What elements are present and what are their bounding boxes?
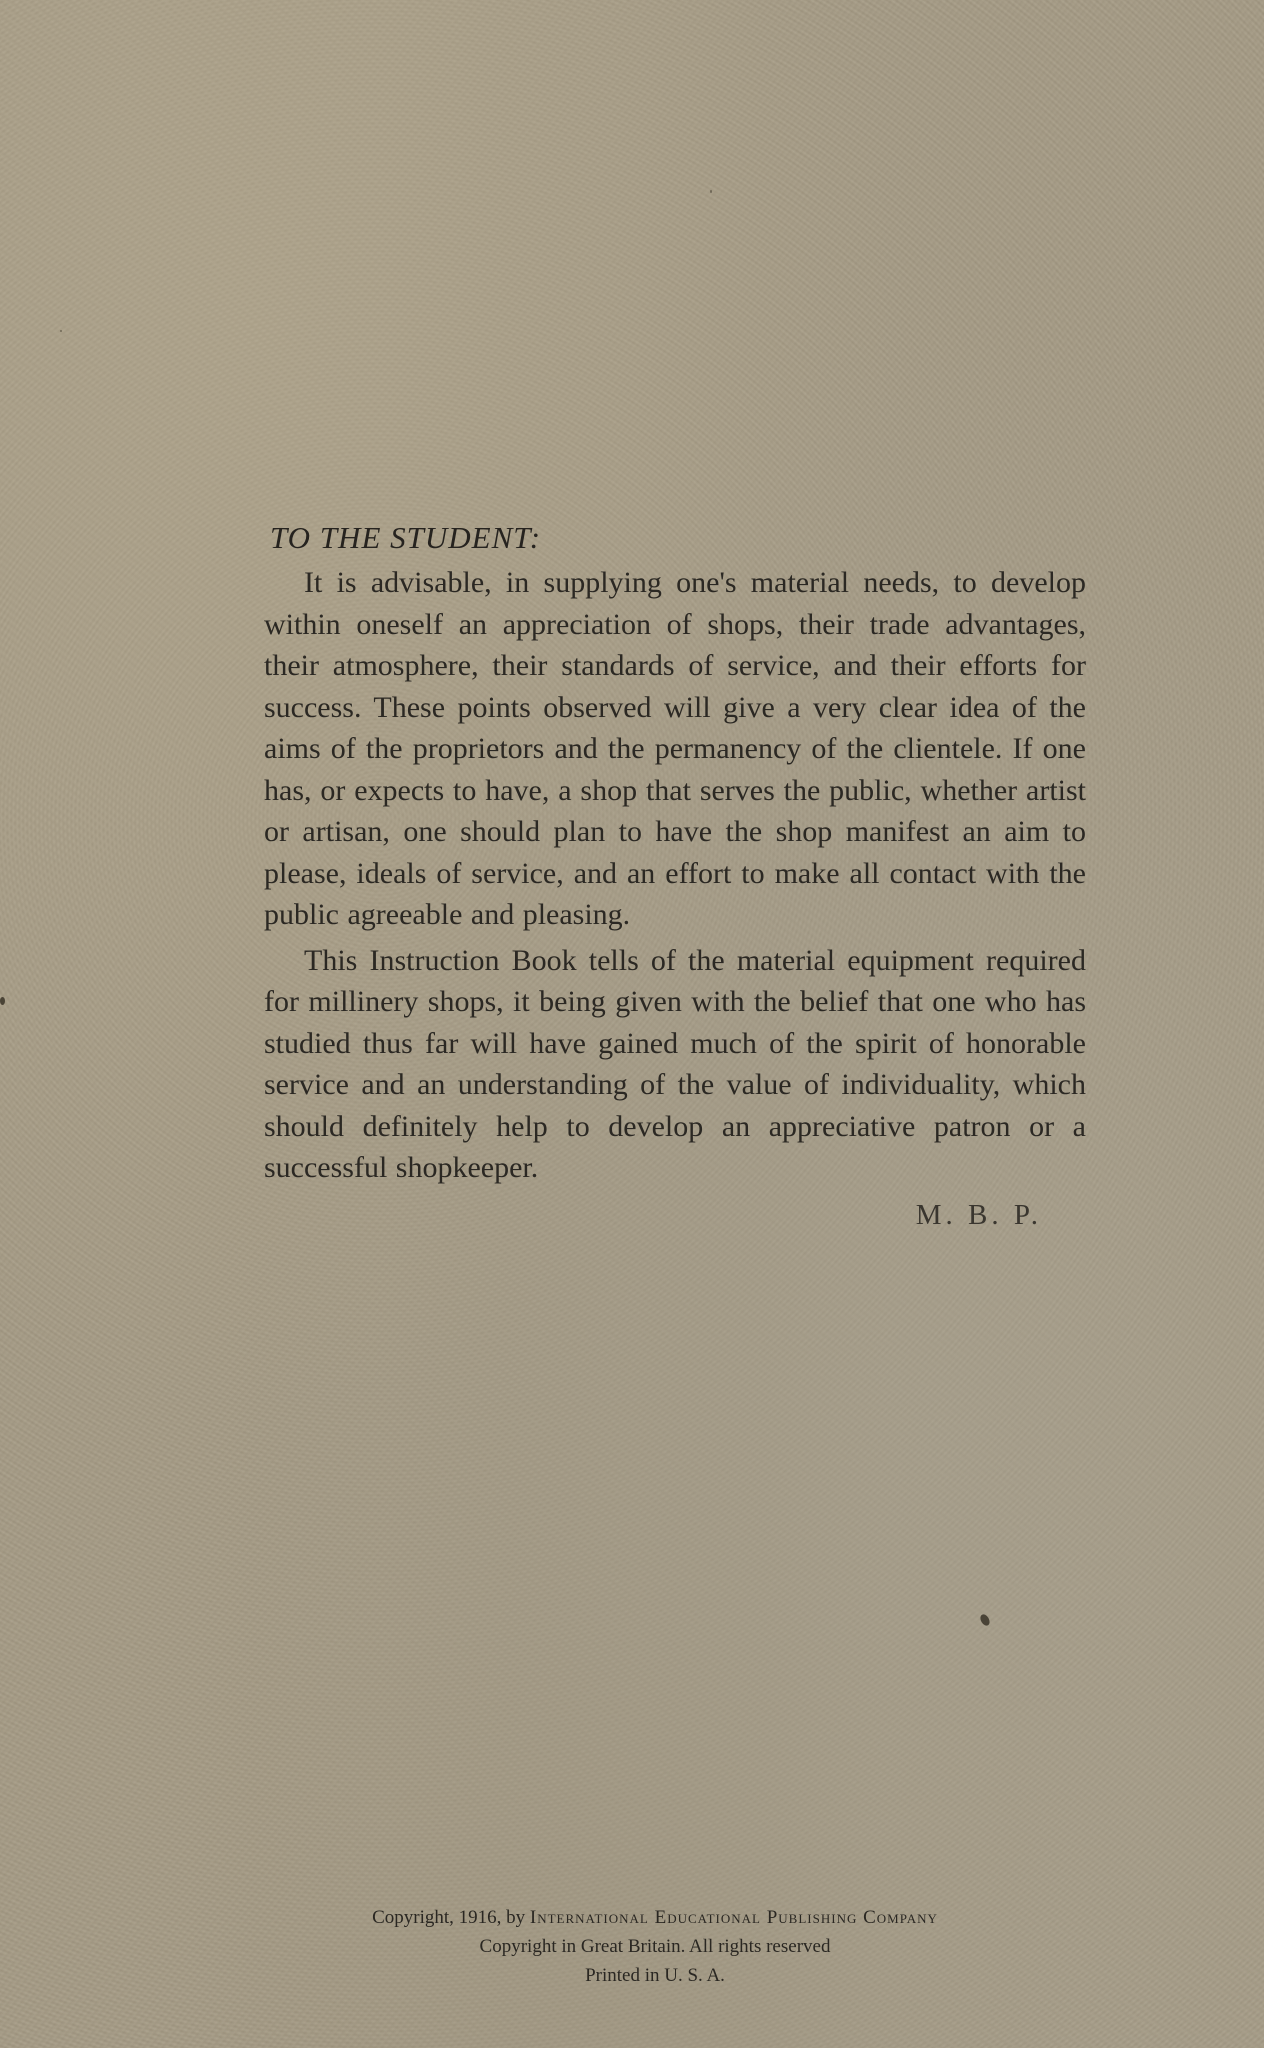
paper-speck [710,190,712,193]
letter-paragraph-1: It is advisable, in supplying one's mate… [264,562,1086,936]
author-initials: M. B. P. [264,1199,1086,1232]
paper-speck [60,330,62,332]
copyright-notice: Copyright, 1916, by International Educat… [230,1903,1080,1990]
copyright-line-3: Printed in U. S. A. [230,1961,1080,1990]
letter-paragraph-2: This Instruction Book tells of the mater… [264,940,1086,1189]
publisher-name: International Educational Publishing Com… [530,1907,938,1928]
copyright-line-1: Copyright, 1916, by International Educat… [230,1903,1080,1932]
copyright-year-text: Copyright, 1916, by [372,1907,525,1928]
book-page: TO THE STUDENT: It is advisable, in supp… [0,0,1264,2048]
paper-speck [979,1613,992,1627]
paper-speck [0,997,5,1005]
preface-letter: TO THE STUDENT: It is advisable, in supp… [264,520,1086,1232]
copyright-line-2: Copyright in Great Britain. All rights r… [230,1932,1080,1961]
letter-heading: TO THE STUDENT: [270,520,1086,556]
